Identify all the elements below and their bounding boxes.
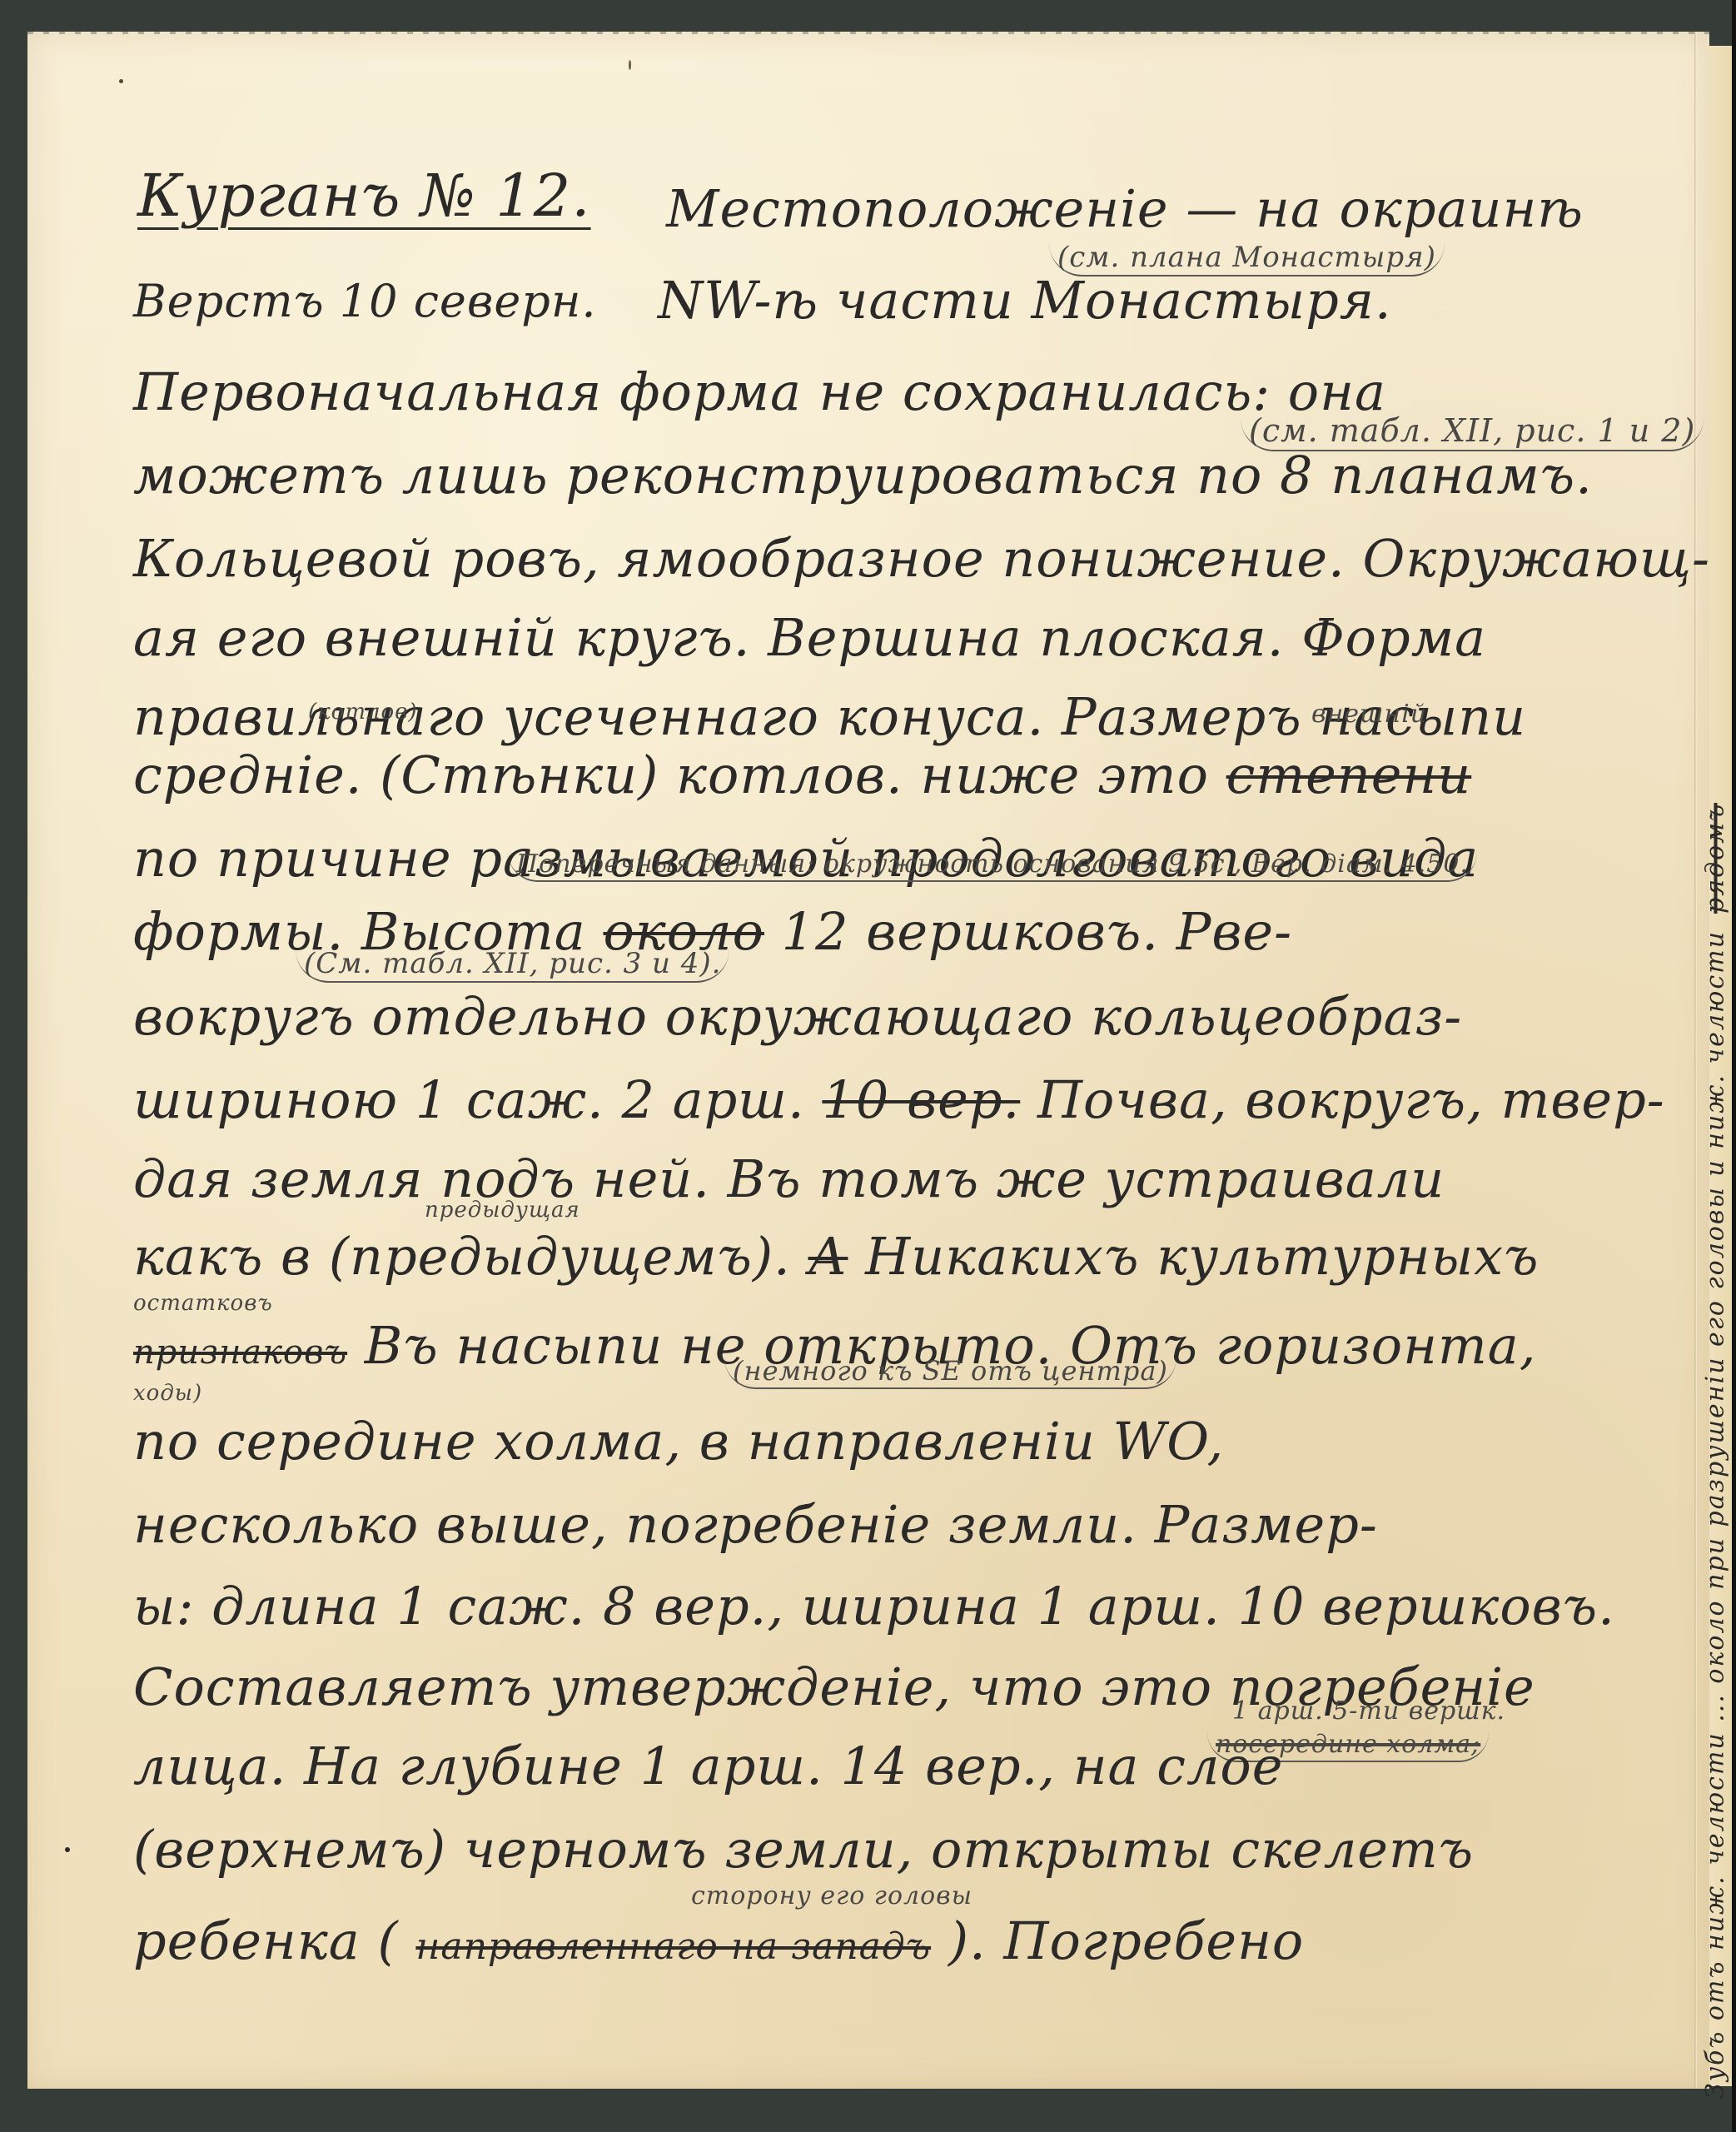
line-text-after: ). Погребено — [948, 1910, 1304, 1971]
text-line: какъ в (предыдущемъ). А Никакихъ культур… — [133, 1231, 1539, 1283]
page-title: Курганъ № 12. — [137, 167, 591, 225]
paper-speck — [629, 60, 631, 70]
line-text-after: 12 вершковъ. Рве- — [782, 901, 1292, 962]
text-line: можетъ лишь реконструироваться по 8 план… — [133, 450, 1593, 501]
text-line: по середине холма, в направленiи WO, — [133, 1416, 1224, 1467]
struck-text: 10 вер. — [822, 1069, 1020, 1130]
title-continuation: Местоположенiе — на окраинѣ — [666, 183, 1584, 235]
text-line: вокругъ отдельно окружающаго кольцеобраз… — [133, 991, 1462, 1043]
vertical-margin-note: Зубъ отъ ниж. челюсти ... около при разр… — [1699, 67, 1732, 2099]
text-line: Кольцевой ровъ, ямообразное понижение. О… — [133, 533, 1710, 585]
text-line: ребенка ( направленнаго на западъ ). Пог… — [133, 1915, 1304, 1967]
struck-text: признаковъ — [133, 1333, 347, 1372]
text-line: несколько выше, погребенiе земли. Размер… — [133, 1499, 1378, 1551]
insertion-note: Поперечныя данныя: окружность основания … — [508, 852, 1477, 882]
margin-note: ходы) — [133, 1382, 202, 1404]
insertion-note: (немного къ SE отъ центра) — [724, 1357, 1176, 1389]
insertion-note: (См. табл. XII, рис. 3 и 4). — [296, 949, 729, 983]
text-line: лица. На глубине 1 арш. 14 вер., на слое — [133, 1741, 1283, 1792]
vertical-note-text: Зубъ отъ ниж. челюсти ... около при разр… — [1701, 930, 1730, 2099]
insertion-note: сторону его головы — [691, 1884, 972, 1909]
text-line: шириною 1 саж. 2 арш. 10 вер. Почва, вок… — [133, 1074, 1665, 1126]
struck-text: А — [808, 1226, 848, 1287]
text-line: Первоначальная форма не сохранилась: она — [133, 366, 1386, 418]
text-line: среднiе. (Стѣнки) котлов. ниже это степе… — [133, 750, 1471, 801]
insertion-note: предыдущая — [425, 1199, 580, 1221]
insertion-note: внешнiй — [1311, 702, 1427, 727]
document-scan: Курганъ № 12. Местоположенiе — на окраин… — [0, 0, 1736, 2132]
line-text-after: Почва, вокругъ, твер- — [1037, 1069, 1665, 1130]
text-line: ая его внешнiй кругъ. Вершина плоская. Ф… — [133, 612, 1486, 664]
insertion-note: (котлов) — [308, 701, 417, 723]
subtitle-continuation: NW-ѣ части Монастыря. — [658, 275, 1392, 326]
struck-text: степени — [1226, 745, 1472, 805]
line-text: какъ в (предыдущемъ). — [133, 1226, 791, 1287]
line-text: шириною 1 саж. 2 арш. — [133, 1069, 805, 1130]
text-line: дая земля подъ ней. Въ томъ же устраивал… — [133, 1153, 1445, 1205]
insertion-note: 1 арш. 5-ти вершк. — [1232, 1699, 1505, 1724]
line-text: среднiе. (Стѣнки) котлов. ниже это — [133, 745, 1209, 805]
line-text: ребенка ( — [133, 1910, 399, 1971]
vertical-struck-text: рядомъ — [1701, 803, 1730, 914]
struck-text: направленнаго на западъ — [415, 1925, 931, 1968]
paper-speck — [119, 79, 123, 83]
subtitle: Верстъ 10 северн. — [133, 279, 597, 324]
insertion-note: остатковъ — [133, 1293, 273, 1314]
ink-dot — [65, 1847, 70, 1852]
line-text-after: Никакихъ культурныхъ — [865, 1226, 1539, 1287]
page-fold-line — [1694, 32, 1697, 2089]
binding-edge — [1732, 0, 1736, 2132]
text-line: ы: длина 1 саж. 8 вер., ширина 1 арш. 10… — [133, 1581, 1615, 1632]
text-line: (верхнемъ) черномъ земли, открыты скелет… — [133, 1824, 1474, 1875]
